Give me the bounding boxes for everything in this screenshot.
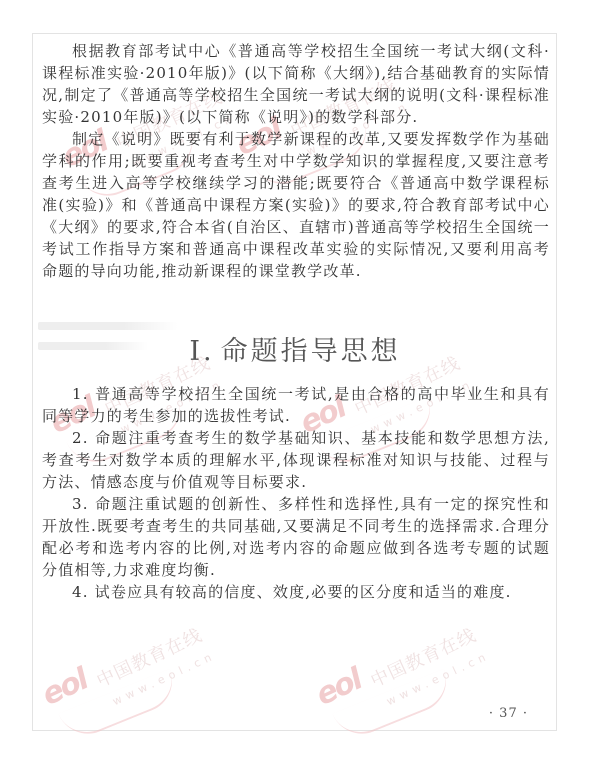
intro-paragraph: 根据教育部考试中心《普通高等学校招生全国统一考试大纲(文科·课程标准实验·201… (42, 40, 550, 128)
guideline-item: 1. 普通高等学校招生全国统一考试,是由合格的高中毕业生和具有同等学力的考生参加… (42, 383, 550, 427)
guideline-list: 1. 普通高等学校招生全国统一考试,是由合格的高中毕业生和具有同等学力的考生参加… (42, 383, 550, 603)
guideline-item: 3. 命题注重试题的创新性、多样性和选择性,具有一定的探究性和开放性.既要考查考… (42, 493, 550, 581)
intro-paragraph: 制定《说明》既要有利于数学新课程的改革,又要发挥数学作为基础学科的作用;既要重视… (42, 128, 550, 282)
guideline-item: 4. 试卷应具有较高的信度、效度,必要的区分度和适当的难度. (42, 581, 550, 603)
intro-section: 根据教育部考试中心《普通高等学校招生全国统一考试大纲(文科·课程标准实验·201… (42, 40, 550, 282)
guideline-item: 2. 命题注重考查考生的数学基础知识、基本技能和数学思想方法,考查考生对数学本质… (42, 427, 550, 493)
page-number: · 37 · (489, 706, 528, 721)
section-heading: I.命题指导思想 (0, 334, 590, 370)
section-numeral: I. (189, 336, 214, 367)
section-title: 命题指导思想 (221, 336, 401, 367)
